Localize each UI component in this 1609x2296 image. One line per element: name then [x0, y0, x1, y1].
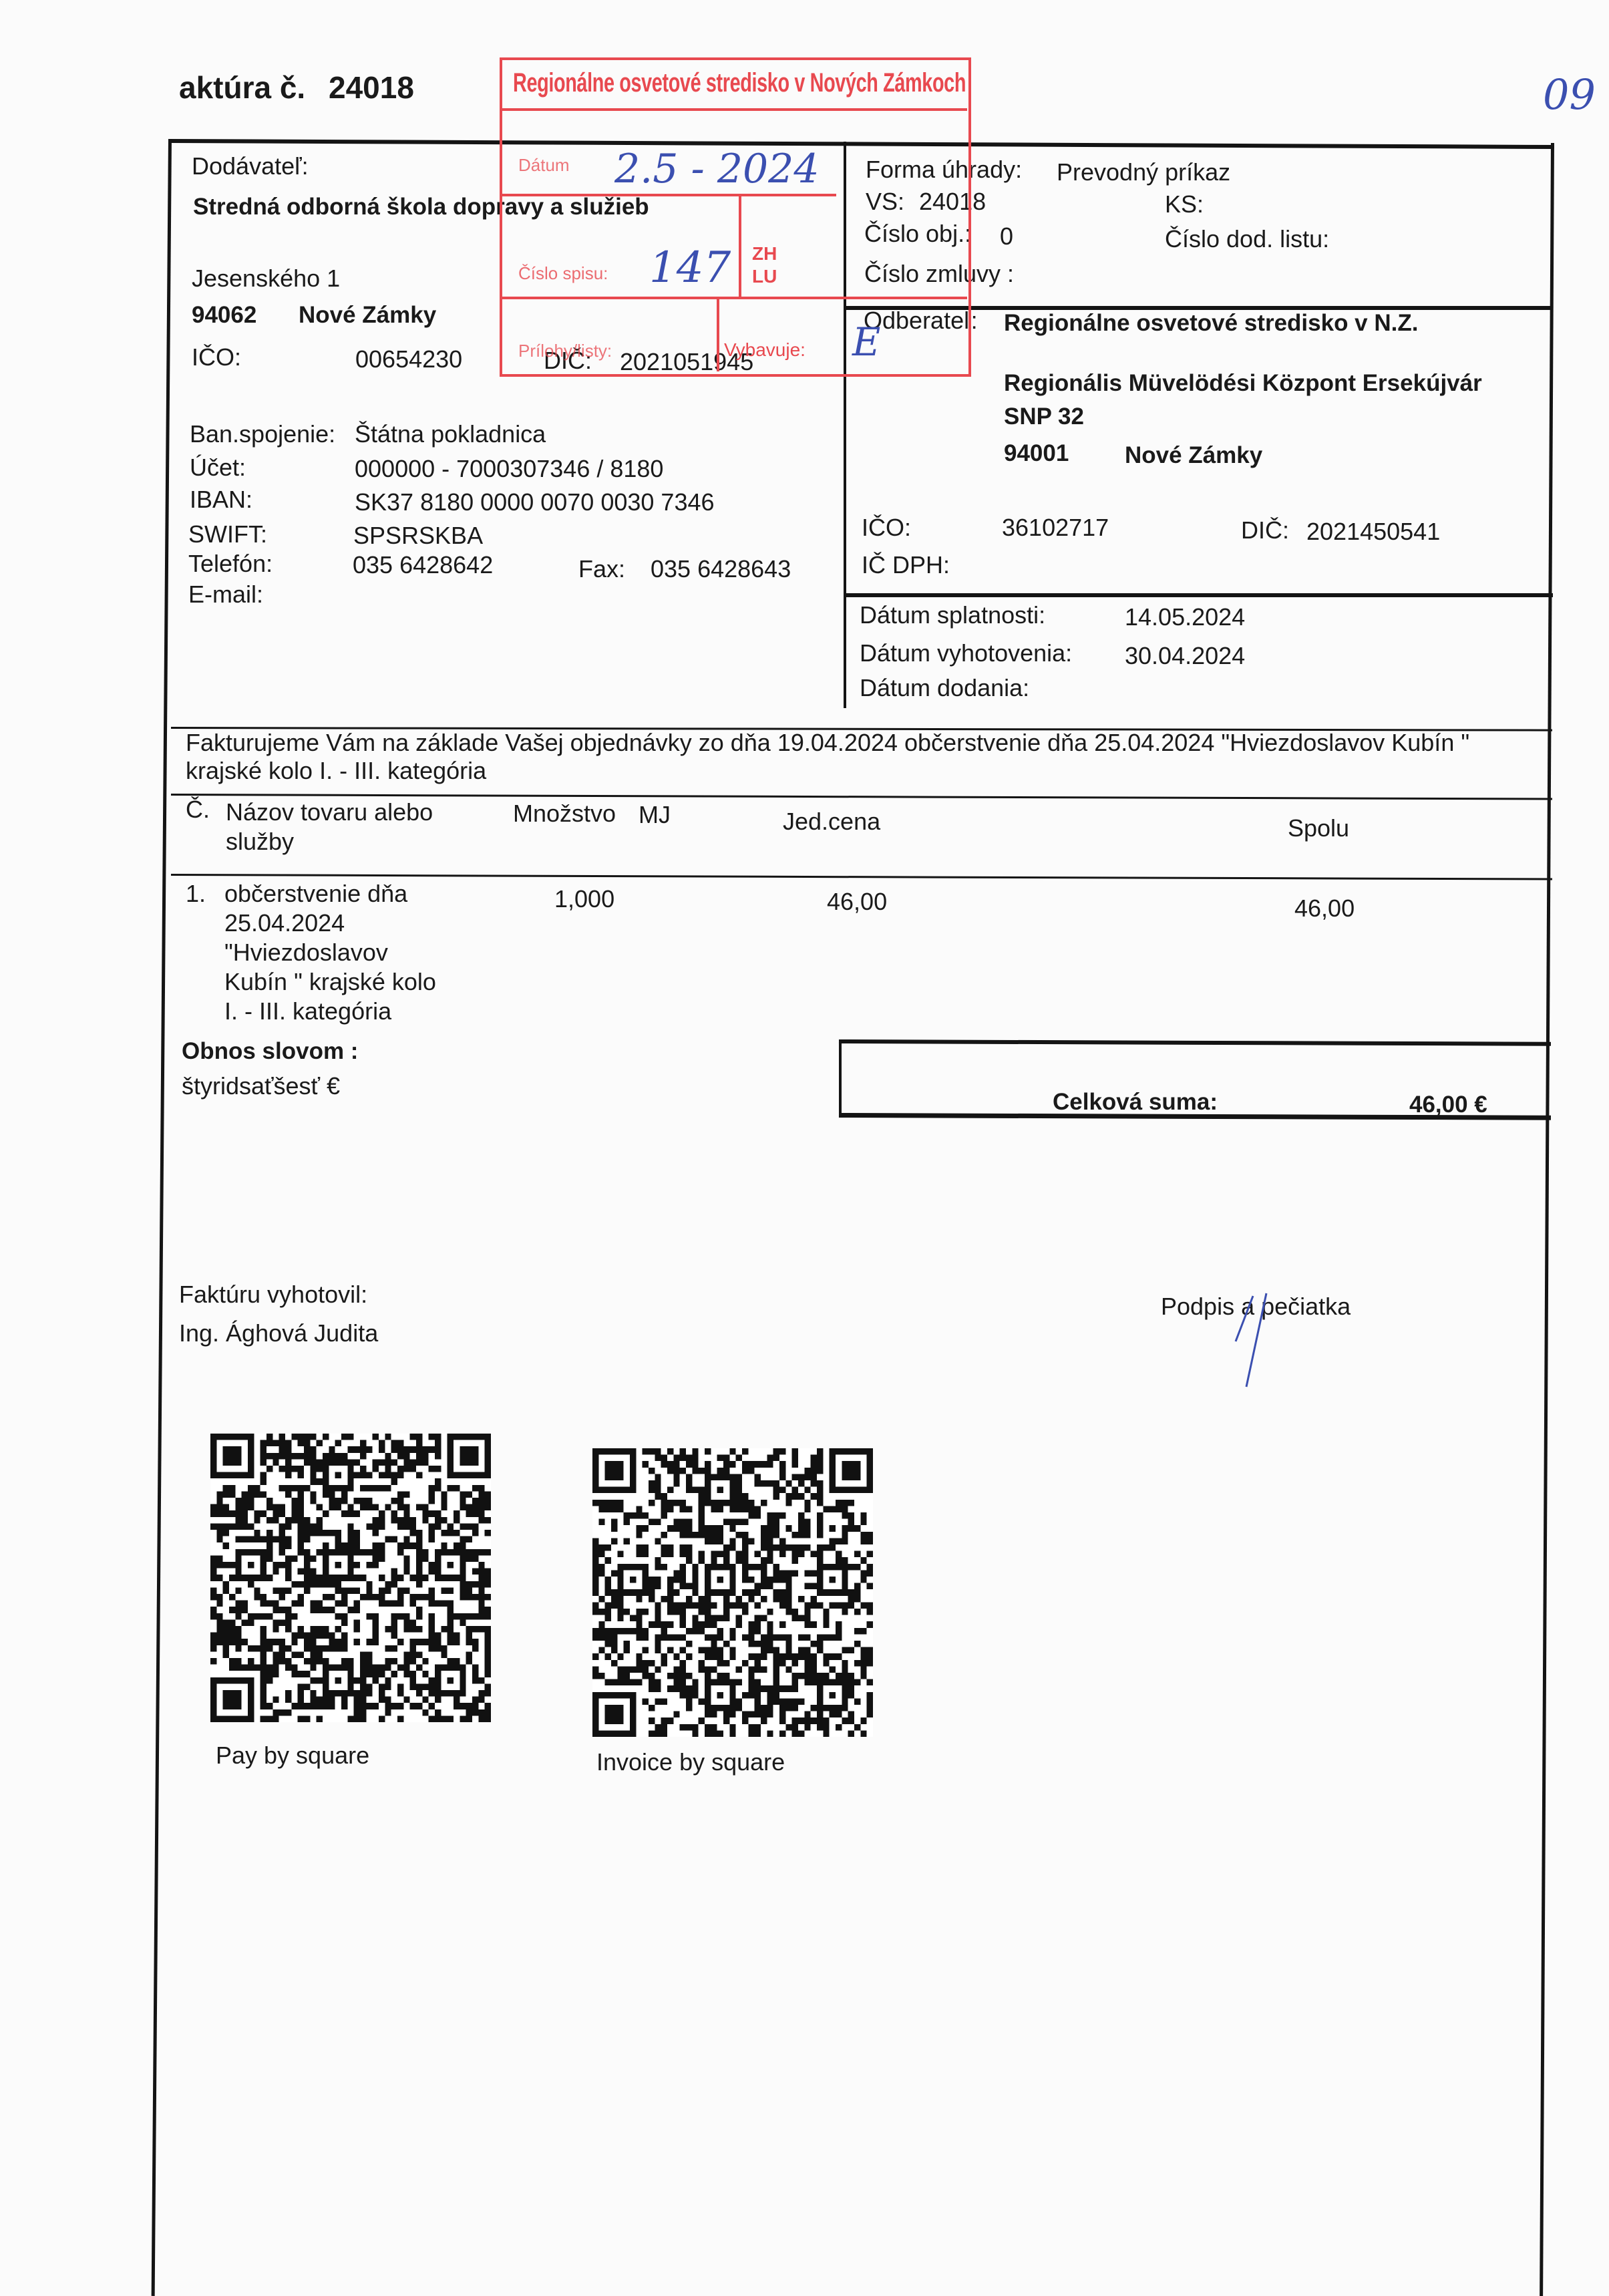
iban-label: IBAN:	[190, 486, 252, 513]
stamp-frame	[500, 57, 971, 377]
email-label: E-mail:	[188, 581, 263, 608]
frame-left	[152, 139, 172, 2296]
iban-value: SK37 8180 0000 0070 0030 7346	[355, 489, 715, 516]
row-total: 46,00	[1294, 895, 1355, 922]
col-unit-header: MJ	[639, 802, 671, 828]
stamp-rule-1	[501, 108, 967, 111]
frame-right	[1540, 143, 1554, 2296]
signature-stroke	[1229, 1289, 1282, 1396]
customer-dic: 2021450541	[1306, 518, 1440, 545]
stamp-code-2: LU	[752, 266, 777, 287]
row-name-line: I. - III. kategória	[224, 998, 391, 1025]
handwritten-corner-number: 09	[1543, 70, 1596, 119]
stamp-record-value: 147	[649, 243, 731, 293]
row-qty: 1,000	[554, 886, 614, 913]
row-name-line: Kubín " krajské kolo	[224, 969, 436, 995]
ks-label: KS:	[1165, 191, 1204, 218]
customer-name-hu: Regionális Müvelödési Központ Ersekújvár	[1004, 370, 1482, 397]
row-no: 1.	[186, 880, 206, 907]
fax-value: 035 6428643	[651, 556, 791, 583]
amount-words-value: štyridsaťšesť €	[182, 1073, 340, 1100]
phone-label: Telefón:	[188, 550, 273, 577]
stamp-record-label: Číslo spisu:	[518, 263, 608, 284]
supplier-ico-label: IČO:	[192, 344, 241, 371]
intro-line-1: Fakturujeme Vám na základe Vašej objedná…	[186, 729, 1469, 756]
stamp-handler-value: E	[852, 319, 880, 365]
customer-name: Regionálne osvetové stredisko v N.Z.	[1004, 310, 1418, 337]
stamp-code-1: ZH	[752, 243, 777, 265]
bank-value: Štátna pokladnica	[355, 421, 546, 448]
invoice-title-label: aktúra č.	[179, 70, 305, 105]
amount-words-label: Obnos slovom :	[182, 1038, 358, 1065]
issued-by-name: Ing. Ághová Judita	[179, 1320, 378, 1347]
fax-label: Fax:	[578, 556, 625, 583]
supplier-street: Jesenského 1	[192, 265, 340, 292]
bank-label: Ban.spojenie:	[190, 421, 335, 448]
stamp-rule-2	[501, 194, 836, 196]
customer-dic-label: DIČ:	[1241, 517, 1289, 544]
customer-icdph-label: IČ DPH:	[862, 552, 950, 579]
col-name-header-1: Názov tovaru alebo	[226, 799, 433, 826]
stamp-date-label: Dátum	[518, 155, 570, 176]
order-value: 0	[1000, 223, 1013, 250]
pay-by-square-qr	[210, 1434, 491, 1722]
intro-line-2: krajské kolo I. - III. kategória	[186, 758, 486, 784]
issue-date: 30.04.2024	[1125, 643, 1245, 669]
due-date: 14.05.2024	[1125, 604, 1245, 631]
row-unit-price: 46,00	[827, 888, 887, 915]
customer-ico: 36102717	[1002, 514, 1109, 541]
account-value: 000000 - 7000307346 / 8180	[355, 456, 663, 482]
supplier-city: Nové Zámky	[299, 302, 436, 329]
stamp-vrule-2	[717, 298, 719, 371]
row-name-line: občerstvenie dňa	[224, 880, 407, 907]
stamp-date-value: 2.5 - 2024	[614, 146, 820, 192]
customer-ico-label: IČO:	[862, 514, 911, 541]
stamp-org: Regionálne osvetové stredisko v Nových Z…	[513, 68, 966, 98]
col-qty-header: Množstvo	[513, 800, 616, 827]
supplier-label: Dodávateľ:	[192, 153, 309, 180]
stamp-vrule-1	[739, 195, 741, 298]
invoice-by-square-qr	[592, 1448, 873, 1737]
stamp-rule-3	[501, 297, 967, 299]
swift-value: SPSRSKBA	[353, 522, 483, 549]
invoice-title: aktúra č. 24018	[179, 69, 414, 106]
customer-street: SNP 32	[1004, 403, 1084, 430]
pay-by-square-label: Pay by square	[216, 1742, 369, 1769]
col-unit-price-header: Jed.cena	[783, 808, 880, 835]
account-label: Účet:	[190, 454, 246, 481]
col-no-header: Č.	[186, 796, 210, 823]
grand-total-value: 46,00 €	[1409, 1092, 1487, 1118]
total-box-top	[839, 1039, 1551, 1046]
row-name-line: "Hviezdoslavov	[224, 939, 388, 966]
swift-label: SWIFT:	[188, 521, 267, 548]
issue-date-label: Dátum vyhotovenia:	[860, 640, 1072, 667]
invoice-by-square-label: Invoice by square	[596, 1749, 785, 1776]
stamp-handler-label: Vybavuje:	[724, 339, 806, 361]
customer-city: Nové Zámky	[1125, 442, 1262, 469]
total-box-left	[839, 1041, 842, 1116]
invoice-number: 24018	[329, 70, 414, 105]
grand-total-label: Celková suma:	[1053, 1089, 1218, 1116]
delivery-date-label: Dátum dodania:	[860, 675, 1029, 701]
payment-method: Prevodný príkaz	[1057, 159, 1230, 186]
issued-by-label: Faktúru vyhotovil:	[179, 1281, 367, 1308]
col-name-header-2: služby	[226, 828, 294, 855]
row-name-line: 25.04.2024	[224, 910, 345, 937]
delivery-note-label: Číslo dod. listu:	[1165, 226, 1329, 253]
due-date-label: Dátum splatnosti:	[860, 602, 1045, 629]
supplier-zip: 94062	[192, 302, 256, 329]
phone-value: 035 6428642	[353, 552, 493, 579]
customer-zip: 94001	[1004, 440, 1069, 467]
show-through-text	[19, 97, 40, 106]
supplier-ico: 00654230	[355, 346, 462, 373]
stamp-attachments-label: Prílohy/listy:	[518, 341, 612, 361]
customer-box-bottom	[845, 593, 1553, 597]
col-total-header: Spolu	[1288, 815, 1349, 842]
